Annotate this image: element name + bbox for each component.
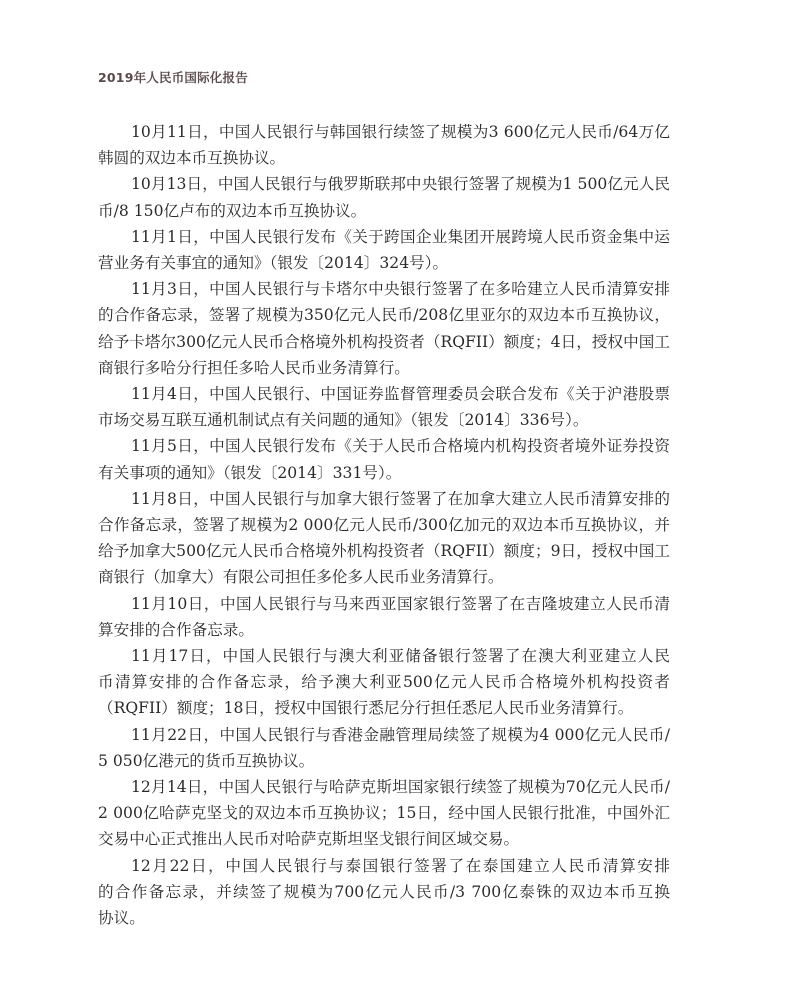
entry-first-line: 12月22日，中国人民银行与泰国银行签署了在泰国建立人民币清算安排 — [98, 853, 670, 879]
chronology-entry: 11月8日，中国人民银行与加拿大银行签署了在加拿大建立人民币清算安排的合作备忘录… — [98, 486, 670, 591]
entry-line: 币清算安排的合作备忘录，给予澳大利亚500亿元人民币合格境外机构投资者 — [98, 669, 670, 695]
chronology-entry: 11月4日，中国人民银行、中国证券监督管理委员会联合发布《关于沪港股票市场交易互… — [98, 381, 670, 433]
chronology-entry: 10月13日，中国人民银行与俄罗斯联邦中央银行签署了规模为1 500亿元人民币/… — [98, 171, 670, 223]
chronology-entry: 11月3日，中国人民银行与卡塔尔中央银行签署了在多哈建立人民币清算安排的合作备忘… — [98, 276, 670, 381]
chronology-entry: 12月22日，中国人民银行与泰国银行签署了在泰国建立人民币清算安排的合作备忘录，… — [98, 853, 670, 932]
entry-line: 韩圆的双边本币互换协议。 — [98, 145, 670, 171]
entry-line: 有关事项的通知》（银发〔2014〕331号）。 — [98, 460, 670, 486]
document-body: 10月11日，中国人民银行与韩国银行续签了规模为3 600亿元人民币/64万亿韩… — [98, 119, 670, 931]
entry-line: 的合作备忘录，并续签了规模为700亿元人民币/3 700亿泰铢的双边本币互换 — [98, 879, 670, 905]
entry-text: ，中国人民银行与澳大利亚储备银行签署了在澳大利亚建立人民 — [206, 647, 670, 665]
entry-first-line: 10月11日，中国人民银行与韩国银行续签了规模为3 600亿元人民币/64万亿 — [98, 119, 670, 145]
entry-line: 商银行（加拿大）有限公司担任多伦多人民币业务清算行。 — [98, 564, 670, 590]
chronology-entry: 12月14日，中国人民银行与哈萨克斯坦国家银行续签了规模为70亿元人民币/2 0… — [98, 774, 670, 853]
entry-text: ，中国人民银行发布《关于人民币合格境内机构投资者境外证券投资 — [193, 437, 670, 455]
entry-date: 10月13日 — [131, 175, 202, 193]
entry-line: 5 050亿港元的货币互换协议。 — [98, 748, 670, 774]
entry-line: 的合作备忘录，签署了规模为350亿元人民币/208亿里亚尔的双边本币互换协议， — [98, 302, 670, 328]
entry-line: 营业务有关事宜的通知》（银发〔2014〕324号）。 — [98, 250, 670, 276]
entry-text: ，中国人民银行与马来西亚国家银行签署了在吉隆坡建立人民币清 — [204, 595, 670, 613]
entry-line: 市场交易互联互通机制试点有关问题的通知》（银发〔2014〕336号）。 — [98, 407, 670, 433]
entry-first-line: 11月17日，中国人民银行与澳大利亚储备银行签署了在澳大利亚建立人民 — [98, 643, 670, 669]
entry-line: 商银行多哈分行担任多哈人民币业务清算行。 — [98, 355, 670, 381]
entry-text: ，中国人民银行、中国证券监督管理委员会联合发布《关于沪港股票 — [193, 385, 670, 403]
entry-first-line: 11月8日，中国人民银行与加拿大银行签署了在加拿大建立人民币清算安排的 — [98, 486, 670, 512]
entry-line: 协议。 — [98, 905, 670, 931]
entry-date: 11月17日 — [131, 647, 206, 665]
entry-first-line: 11月5日，中国人民银行发布《关于人民币合格境内机构投资者境外证券投资 — [98, 433, 670, 459]
entry-date: 11月3日 — [131, 280, 193, 298]
entry-text: ，中国人民银行与韩国银行续签了规模为3 600亿元人民币/64万亿 — [203, 123, 670, 141]
entry-date: 12月22日 — [131, 857, 208, 875]
chronology-entry: 10月11日，中国人民银行与韩国银行续签了规模为3 600亿元人民币/64万亿韩… — [98, 119, 670, 171]
entry-date: 11月8日 — [131, 490, 193, 508]
running-header-title: 2019年人民币国际化报告 — [98, 68, 248, 86]
chronology-entry: 11月1日，中国人民银行发布《关于跨国企业集团开展跨境人民币资金集中运营业务有关… — [98, 224, 670, 276]
entry-text: ，中国人民银行发布《关于跨国企业集团开展跨境人民币资金集中运 — [193, 228, 670, 246]
entry-line: 算安排的合作备忘录。 — [98, 617, 670, 643]
entry-first-line: 11月1日，中国人民银行发布《关于跨国企业集团开展跨境人民币资金集中运 — [98, 224, 670, 250]
chronology-entry: 11月5日，中国人民银行发布《关于人民币合格境内机构投资者境外证券投资有关事项的… — [98, 433, 670, 485]
entry-date: 11月22日 — [131, 726, 203, 744]
entry-first-line: 10月13日，中国人民银行与俄罗斯联邦中央银行签署了规模为1 500亿元人民 — [98, 171, 670, 197]
entry-line: 给予卡塔尔300亿元人民币合格境外机构投资者（RQFII）额度；4日，授权中国工 — [98, 329, 670, 355]
chronology-entry: 11月10日，中国人民银行与马来西亚国家银行签署了在吉隆坡建立人民币清算安排的合… — [98, 591, 670, 643]
entry-text: ，中国人民银行与卡塔尔中央银行签署了在多哈建立人民币清算安排 — [193, 280, 670, 298]
entry-first-line: 11月3日，中国人民银行与卡塔尔中央银行签署了在多哈建立人民币清算安排 — [98, 276, 670, 302]
entry-text: ，中国人民银行与哈萨克斯坦国家银行续签了规模为70亿元人民币/ — [203, 778, 670, 796]
entry-first-line: 11月22日，中国人民银行与香港金融管理局续签了规模为4 000亿元人民币/ — [98, 722, 670, 748]
entry-line: 交易中心正式推出人民币对哈萨克斯坦坚戈银行间区域交易。 — [98, 826, 670, 852]
entry-date: 11月1日 — [131, 228, 193, 246]
chronology-entry: 11月22日，中国人民银行与香港金融管理局续签了规模为4 000亿元人民币/5 … — [98, 722, 670, 774]
entry-line: 给予加拿大500亿元人民币合格境外机构投资者（RQFII）额度；9日，授权中国工 — [98, 538, 670, 564]
entry-date: 10月11日 — [131, 123, 203, 141]
entry-date: 11月4日 — [131, 385, 193, 403]
entry-first-line: 11月4日，中国人民银行、中国证券监督管理委员会联合发布《关于沪港股票 — [98, 381, 670, 407]
entry-date: 11月5日 — [131, 437, 193, 455]
entry-text: ，中国人民银行与香港金融管理局续签了规模为4 000亿元人民币/ — [203, 726, 670, 744]
entry-text: ，中国人民银行与泰国银行签署了在泰国建立人民币清算安排 — [208, 857, 670, 875]
entry-line: 合作备忘录，签署了规模为2 000亿元人民币/300亿加元的双边本币互换协议，并 — [98, 512, 670, 538]
entry-line: 币/8 150亿卢布的双边本币互换协议。 — [98, 198, 670, 224]
entry-text: ，中国人民银行与俄罗斯联邦中央银行签署了规模为1 500亿元人民 — [202, 175, 670, 193]
entry-date: 12月14日 — [131, 778, 203, 796]
entry-line: （RQFII）额度；18日，授权中国银行悉尼分行担任悉尼人民币业务清算行。 — [98, 695, 670, 721]
entry-first-line: 11月10日，中国人民银行与马来西亚国家银行签署了在吉隆坡建立人民币清 — [98, 591, 670, 617]
entry-line: 2 000亿哈萨克坚戈的双边本币互换协议；15日，经中国人民银行批准，中国外汇 — [98, 800, 670, 826]
entry-date: 11月10日 — [131, 595, 204, 613]
entry-text: ，中国人民银行与加拿大银行签署了在加拿大建立人民币清算安排的 — [193, 490, 670, 508]
entry-first-line: 12月14日，中国人民银行与哈萨克斯坦国家银行续签了规模为70亿元人民币/ — [98, 774, 670, 800]
chronology-entry: 11月17日，中国人民银行与澳大利亚储备银行签署了在澳大利亚建立人民币清算安排的… — [98, 643, 670, 722]
